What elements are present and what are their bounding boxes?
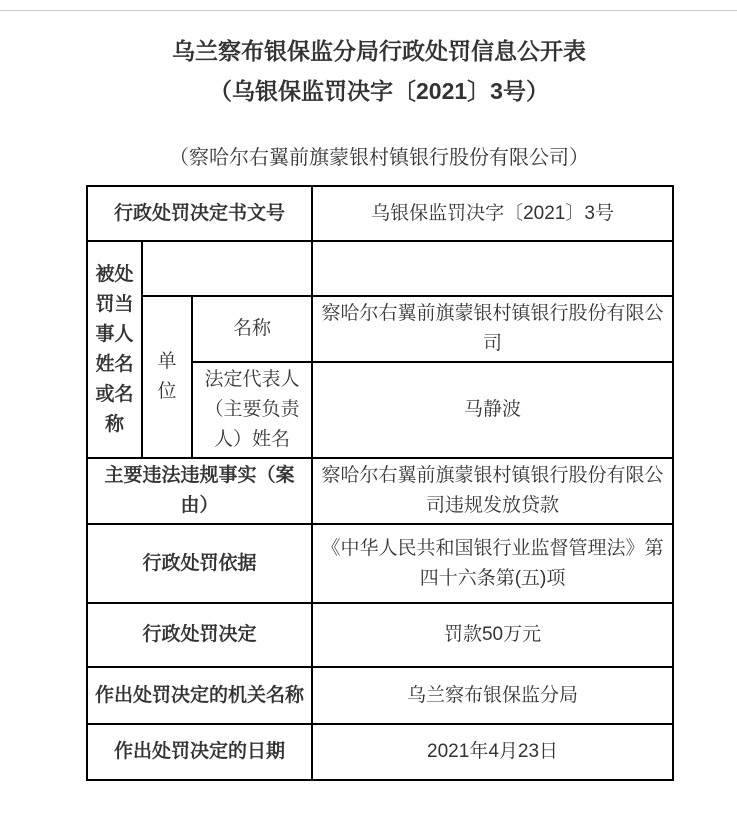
authority-label: 作出处罚决定的机关名称 — [87, 667, 312, 724]
decision-label: 行政处罚决定 — [87, 603, 312, 667]
administrative-penalty-table: 行政处罚决定书文号 乌银保监罚决字〔2021〕3号 被处 罚当 事人 姓名 或名… — [86, 185, 674, 781]
violation-label: 主要违法违规事实（案 由） — [87, 458, 312, 524]
basis-label: 行政处罚依据 — [87, 524, 312, 603]
party-empty-value — [312, 241, 673, 296]
violation-value: 察哈尔右翼前旗蒙银村镇银行股份有限公 司违规发放贷款 — [312, 458, 673, 524]
authority-value: 乌兰察布银保监分局 — [312, 667, 673, 724]
row-doc-number: 行政处罚决定书文号 乌银保监罚决字〔2021〕3号 — [87, 186, 673, 241]
row-party-empty: 被处 罚当 事人 姓名 或名 称 — [87, 241, 673, 296]
page-title-line-1: 乌兰察布银保监分局行政处罚信息公开表 — [86, 31, 672, 71]
doc-number-label: 行政处罚决定书文号 — [87, 186, 312, 241]
row-basis: 行政处罚依据 《中华人民共和国银行业监督管理法》第 四十六条第(五)项 — [87, 524, 673, 603]
doc-number-value: 乌银保监罚决字〔2021〕3号 — [312, 186, 673, 241]
row-date: 作出处罚决定的日期 2021年4月23日 — [87, 724, 673, 780]
date-label: 作出处罚决定的日期 — [87, 724, 312, 780]
legal-rep-value: 马静波 — [312, 362, 673, 458]
page-title-line-2: （乌银保监罚决字〔2021〕3号） — [86, 71, 672, 111]
page-title: 乌兰察布银保监分局行政处罚信息公开表 （乌银保监罚决字〔2021〕3号） — [86, 31, 672, 111]
legal-rep-label: 法定代表人 （主要负责 人）姓名 — [192, 362, 312, 458]
basis-value: 《中华人民共和国银行业监督管理法》第 四十六条第(五)项 — [312, 524, 673, 603]
top-divider-line — [0, 10, 737, 11]
row-authority: 作出处罚决定的机关名称 乌兰察布银保监分局 — [87, 667, 673, 724]
unit-label: 单 位 — [142, 296, 192, 458]
page-subtitle: （察哈尔右翼前旗蒙银村镇银行股份有限公司） — [86, 145, 672, 171]
row-violation: 主要违法违规事实（案 由） 察哈尔右翼前旗蒙银村镇银行股份有限公 司违规发放贷款 — [87, 458, 673, 524]
party-empty-cell — [142, 241, 312, 296]
decision-value: 罚款50万元 — [312, 603, 673, 667]
party-label: 被处 罚当 事人 姓名 或名 称 — [87, 241, 142, 458]
document-body: 乌兰察布银保监分局行政处罚信息公开表 （乌银保监罚决字〔2021〕3号） （察哈… — [86, 31, 672, 781]
date-value: 2021年4月23日 — [312, 724, 673, 780]
row-party-name: 单 位 名称 察哈尔右翼前旗蒙银村镇银行股份有限公 司 — [87, 296, 673, 362]
name-value: 察哈尔右翼前旗蒙银村镇银行股份有限公 司 — [312, 296, 673, 362]
name-label: 名称 — [192, 296, 312, 362]
row-decision: 行政处罚决定 罚款50万元 — [87, 603, 673, 667]
